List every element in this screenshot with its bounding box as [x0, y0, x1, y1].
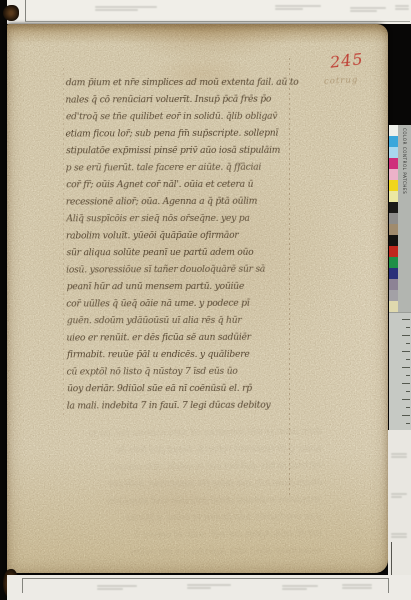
color-patch [389, 169, 398, 180]
color-strip-label-text: COLOR CONTROL PATCHES [402, 128, 407, 194]
color-patch [389, 235, 398, 246]
manuscript-text-line: ūoy deriār. 9diūol sūe eā nī coēnu… [67, 380, 299, 398]
faint-mark [391, 492, 407, 499]
manuscript-page: 245 cotrug dam p̄ium et nr̄e simplices a… [7, 24, 388, 573]
ruler-tick [402, 415, 410, 416]
manuscript-text-line: rabolim voluīt. yūeōi q̄uāp̄aūe ofir… [66, 226, 298, 244]
ruler-tick [406, 391, 410, 392]
manuscript-text-line: stipulatōe exp̄missi pinsē priv̄ aūo i… [66, 142, 298, 160]
faint-mark [95, 5, 157, 12]
color-patch [389, 246, 398, 257]
manuscript-text-line: iosū. ysoressiōue sī tañer douoloq̄uā… [66, 260, 298, 278]
ruler-tick [406, 359, 410, 360]
manuscript-text-line: dam p̄ium et nr̄e simplices ad moū exten… [66, 74, 298, 92]
faint-mark [97, 584, 137, 591]
bleedthrough-line: p se erū fuerūt. tale facere er aiūte… [82, 508, 322, 527]
ruler-tick [402, 383, 410, 384]
color-calibration-strip: COLOR CONTROL PATCHES [388, 125, 411, 430]
manuscript-text-line: peanī hūr ad unū mensem partū. yoūiu… [67, 278, 299, 296]
crop-mark-horizontal-bottom [22, 578, 389, 579]
ruling-line-left [63, 68, 64, 418]
manuscript-text-line: cor̄ uūlles q̄ ūeq̄ oāie nā ume. y p… [66, 294, 298, 312]
bleedthrough-line: etiam ficou lor̄; sub pena fm̄ sup̄scrip… [82, 474, 322, 493]
color-patch [389, 257, 398, 268]
manuscript-text-line: uieo er renūit. er dēs ficūa sē aun … [66, 328, 298, 346]
mat-strip-bottom [7, 575, 411, 600]
bleedthrough-line: nales q̄ cō renūciari voluerīt. Insup̄… [82, 440, 322, 459]
manuscript-text-line: cū exptōl nō listo q̄ nūstoy 7 īsd e… [67, 362, 299, 380]
ruler-tick [406, 407, 410, 408]
ruler-tick [406, 423, 410, 424]
photo-stage: 245 cotrug dam p̄ium et nr̄e simplices a… [0, 0, 411, 600]
color-patch [389, 125, 398, 136]
color-patch [389, 268, 398, 279]
crop-mark-vertical-left [25, 0, 26, 22]
ruler-tick [406, 343, 410, 344]
color-patch [389, 191, 398, 202]
mat-strip-top [7, 0, 411, 24]
faint-mark [391, 452, 407, 459]
faint-mark [342, 583, 372, 590]
manuscript-text-line: p se erū fuerūt. tale facere er aiūte… [66, 158, 298, 176]
ruler-tick [402, 319, 410, 320]
ruler-tick [402, 367, 410, 368]
ruler-tick [402, 399, 410, 400]
ruler-tick [406, 327, 410, 328]
crop-mark-tick-left [22, 578, 23, 593]
manuscript-text-line: ed'troq̄ se tn̄e quilibet eor̄ in solidu… [66, 108, 298, 126]
folio-number: 245 [329, 49, 364, 71]
color-patch [389, 180, 398, 191]
manuscript-text-line: Aliq̄ suspīcōis er sieq̄ nōs or̄seq̄ne… [66, 210, 298, 228]
manuscript-text-line: sūr aliqua solūte peanī ue partū adem… [67, 244, 299, 262]
faint-mark [391, 532, 407, 539]
color-patch [389, 290, 398, 301]
crop-mark-tick-right [388, 578, 389, 593]
bleedthrough-line: ed'troq̄ se tn̄e quilibet eor̄ in solidu… [81, 457, 321, 476]
bleedthrough-line: recessionē alior̄; oūa. Agenna a q̄ p̄… [82, 542, 322, 561]
color-patch [389, 136, 398, 147]
color-strip-label: COLOR CONTROL PATCHES [398, 125, 411, 313]
color-patch [389, 213, 398, 224]
bleedthrough-line: stipulatōe exp̄missi pinsē priv̄ aūo i… [81, 491, 321, 510]
mat-strip-right [388, 430, 411, 577]
color-patch-column [389, 125, 398, 312]
verso-bleedthrough: dam p̄ium et nr̄e simplices ad moū exten… [82, 423, 323, 561]
manuscript-text-line: recessionē alior̄; oūa. Agenna a q̄ p̄… [66, 192, 298, 210]
binding-clamp-top [3, 5, 19, 21]
manuscript-text-line: la mali. indebita 7 in fauī. 7 legi dūc… [67, 396, 299, 414]
color-patch [389, 224, 398, 235]
faint-mark [282, 584, 318, 591]
manuscript-text-line: etiam ficou lor̄; sub pena fm̄ sup̄scrip… [65, 124, 297, 142]
ruler-tick [402, 351, 410, 352]
manuscript-text-line: guēn. sdoūm ydāūoūsū uī alia rēs … [67, 312, 299, 330]
faint-inscription: cotrug [324, 75, 359, 87]
manuscript-text-line: nales q̄ cō renūciari voluerīt. Insup̄… [65, 90, 297, 108]
bleedthrough-line: cor̄ fr̄; oūis Agnet cor̄ nāl'. oūia … [82, 525, 322, 544]
faint-mark [395, 4, 409, 11]
ruler-tick [402, 335, 410, 336]
crop-mark-horizontal [25, 21, 410, 22]
manuscript-text-block: dam p̄ium et nr̄e simplices ad moū exten… [65, 73, 298, 414]
bleedthrough-line: dam p̄ium et nr̄e simplices ad moū exten… [81, 423, 321, 442]
faint-mark [350, 6, 386, 13]
manuscript-text-line: firmabit. reuūe p̄āl u endicēs. y qua… [67, 346, 299, 364]
crop-mark-right-lower [391, 542, 392, 577]
color-patch [389, 301, 398, 312]
faint-mark [275, 4, 321, 11]
color-patch [389, 202, 398, 213]
color-patch [389, 147, 398, 158]
manuscript-text-line: cor̄ fr̄; oūis Agnet cor̄ nāl'. oūia … [66, 176, 298, 194]
faint-mark [187, 583, 231, 590]
color-patch [389, 158, 398, 169]
ruler-tick [406, 375, 410, 376]
mini-ruler [389, 312, 411, 431]
color-patch [389, 279, 398, 290]
